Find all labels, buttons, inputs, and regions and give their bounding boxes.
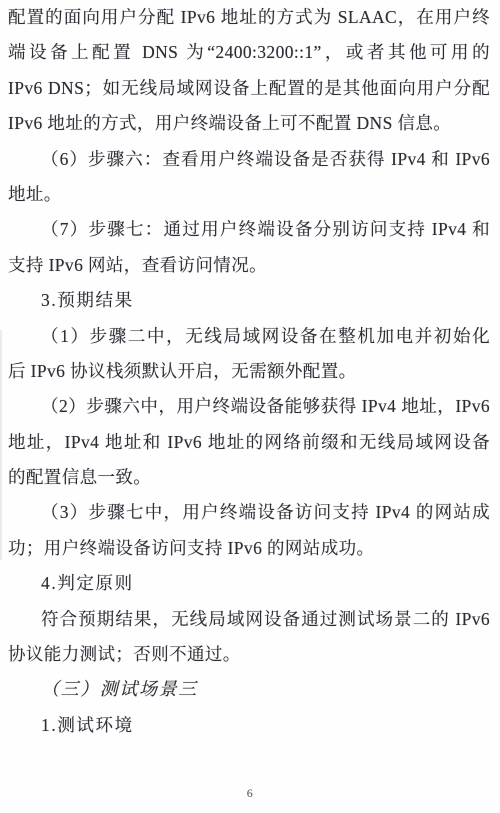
text-line: 后 IPv6 协议栈须默认开启，无需额外配置。	[8, 354, 490, 389]
text-line: （6）步骤六：查看用户终端设备是否获得 IPv4 和 IPv6	[8, 142, 490, 177]
page-number: 6	[0, 786, 500, 801]
text-line: 功；用户终端设备访问支持 IPv6 的网站成功。	[8, 531, 490, 566]
document-page: 配置的面向用户分配 IPv6 地址的方式为 SLAAC，在用户终端设备上配置 D…	[0, 0, 500, 813]
text-line: 1.测试环境	[8, 708, 490, 743]
text-line: 协议能力测试；否则不通过。	[8, 637, 490, 672]
text-line: 端设备上配置 DNS 为“2400:3200::1”，或者其他可用的	[8, 35, 490, 70]
text-line: 3.预期结果	[8, 283, 490, 318]
text-line: （1）步骤二中，无线局域网设备在整机加电并初始化	[8, 319, 490, 354]
text-line: 配置的面向用户分配 IPv6 地址的方式为 SLAAC，在用户终	[8, 0, 490, 35]
text-line: （三）测试场景三	[8, 672, 490, 707]
text-line: 地址。	[8, 177, 490, 212]
text-line: IPv6 地址的方式，用户终端设备上可不配置 DNS 信息。	[8, 106, 490, 141]
text-line: （3）步骤七中，用户终端设备访问支持 IPv4 的网站成	[8, 495, 490, 530]
text-line: 地址，IPv4 地址和 IPv6 地址的网络前缀和无线局域网设备	[8, 425, 490, 460]
text-line: （2）步骤六中，用户终端设备能够获得 IPv4 地址，IPv6	[8, 389, 490, 424]
text-line: IPv6 DNS；如无线局域网设备上配置的是其他面向用户分配	[8, 71, 490, 106]
text-line: 4.判定原则	[8, 566, 490, 601]
text-line: 的配置信息一致。	[8, 460, 490, 495]
text-line: 符合预期结果，无线局域网设备通过测试场景二的 IPv6	[8, 602, 490, 637]
scan-artifact	[0, 330, 2, 560]
text-block: 配置的面向用户分配 IPv6 地址的方式为 SLAAC，在用户终端设备上配置 D…	[8, 0, 490, 743]
text-line: 支持 IPv6 网站，查看访问情况。	[8, 248, 490, 283]
text-line: （7）步骤七：通过用户终端设备分别访问支持 IPv4 和	[8, 212, 490, 247]
